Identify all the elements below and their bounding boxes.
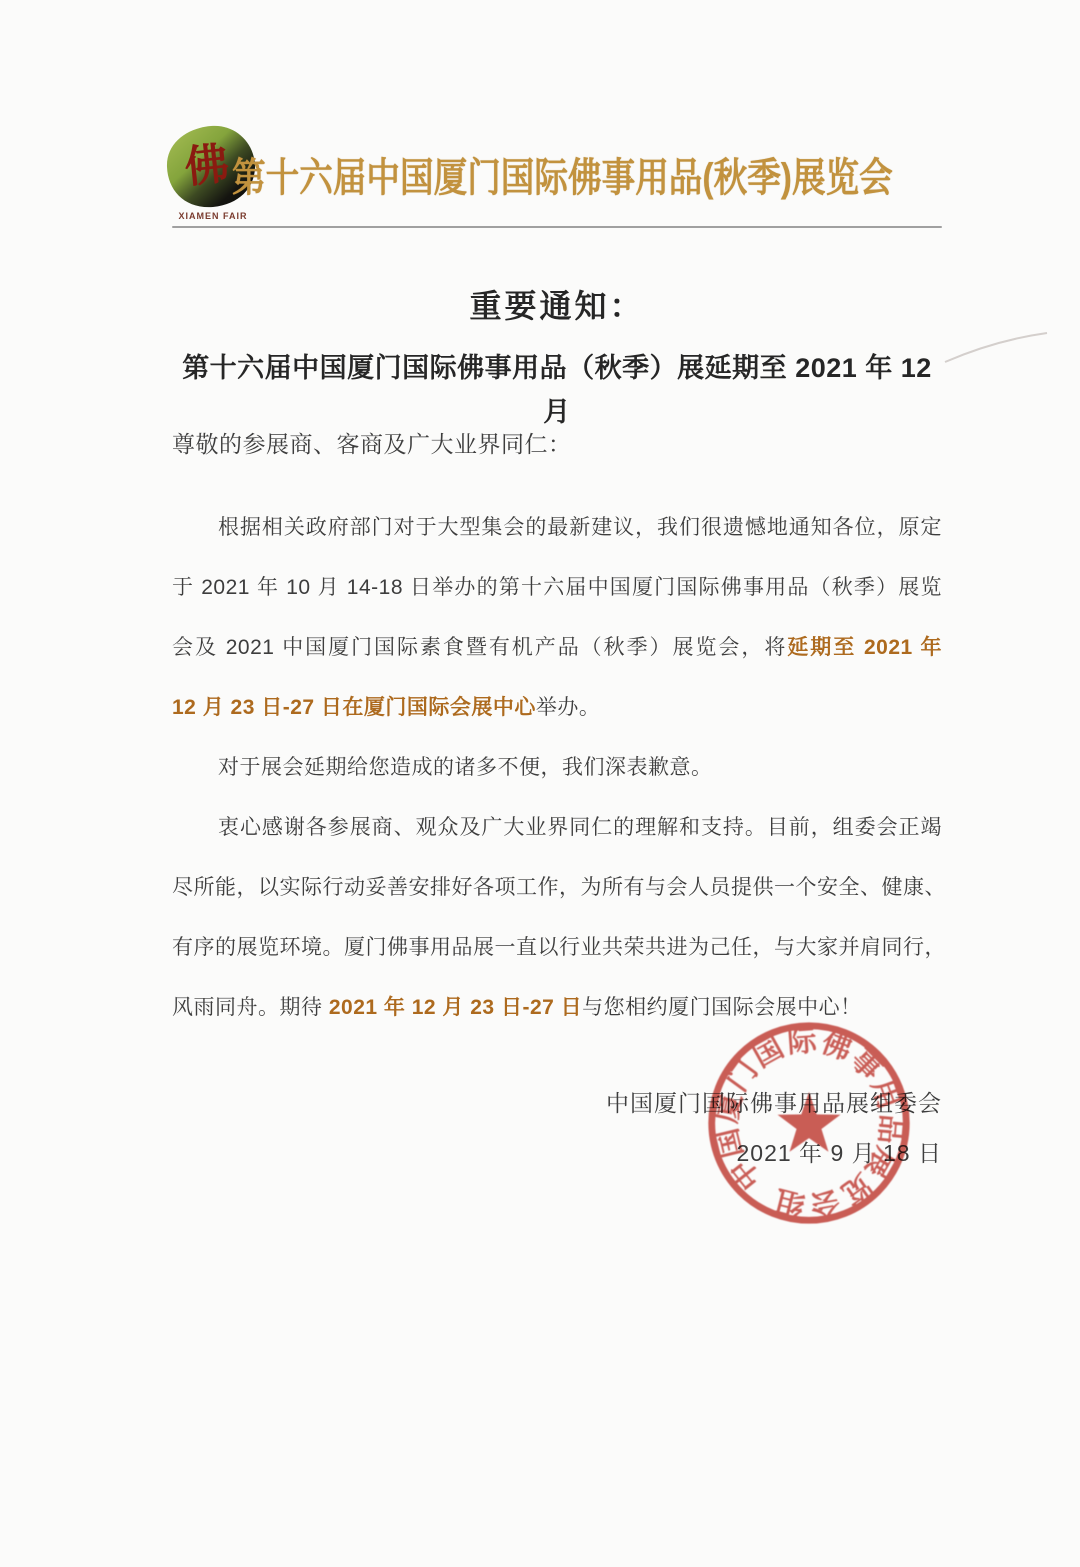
body-text: 举办。 <box>536 696 601 719</box>
header-divider <box>172 226 942 228</box>
body-text: 会及 2021 中国厦门国际素食暨有机产品（秋季）展览会，将 <box>172 636 787 659</box>
signature-block: 中国厦门国际佛事用品展组委会 2021 年 9 月 18 日 <box>172 1078 942 1178</box>
notice-line: 对于展会延期给您造成的诸多不便，我们深表歉意。 <box>172 738 942 798</box>
notice-line: 12 月 23 日-27 日在厦门国际会展中心举办。 <box>172 678 942 738</box>
signature-organization: 中国厦门国际佛事用品展组委会 <box>172 1078 942 1128</box>
notice-subheading: 第十六届中国厦门国际佛事用品（秋季）展延期至 2021 年 12 月 <box>172 346 942 434</box>
highlighted-text: 延期至 2021 年 <box>787 636 942 659</box>
notice-body: 根据相关政府部门对于大型集会的最新建议，我们很遗憾地通知各位，原定于 2021 … <box>172 498 942 1038</box>
body-text: 对于展会延期给您造成的诸多不便，我们深表歉意。 <box>218 756 713 779</box>
paragraph-apology: 对于展会延期给您造成的诸多不便，我们深表歉意。 <box>172 738 942 798</box>
notice-line: 于 2021 年 10 月 14-18 日举办的第十六届中国厦门国际佛事用品（秋… <box>172 558 942 618</box>
highlighted-text: 12 月 23 日-27 日在厦门国际会展中心 <box>172 696 536 719</box>
notice-line: 风雨同舟。期待 2021 年 12 月 23 日-27 日与您相约厦门国际会展中… <box>172 978 942 1038</box>
paragraph-thanks: 衷心感谢各参展商、观众及广大业界同仁的理解和支持。目前，组委会正竭尽所能，以实际… <box>172 798 942 1038</box>
highlighted-text: 2021 年 12 月 23 日-27 日 <box>329 996 582 1019</box>
salutation: 尊敬的参展商、客商及广大业界同仁： <box>172 424 942 464</box>
body-text: 风雨同舟。期待 <box>172 996 329 1019</box>
body-text: 于 2021 年 10 月 14-18 日举办的第十六届中国厦门国际佛事用品（秋… <box>172 576 942 599</box>
body-text: 与您相约厦门国际会展中心！ <box>582 996 862 1019</box>
notice-line: 衷心感谢各参展商、观众及广大业界同仁的理解和支持。目前，组委会正竭 <box>172 798 942 858</box>
body-text: 有序的展览环境。厦门佛事用品展一直以行业共荣共进为己任，与大家并肩同行， <box>172 936 946 959</box>
body-text: 尽所能，以实际行动妥善安排好各项工作，为所有与会人员提供一个安全、健康、 <box>172 876 946 899</box>
notice-line: 尽所能，以实际行动妥善安排好各项工作，为所有与会人员提供一个安全、健康、 <box>172 858 942 918</box>
scan-scratch-mark <box>935 318 1055 378</box>
signature-date: 2021 年 9 月 18 日 <box>172 1128 942 1178</box>
logo-buddha-glyph: 佛 <box>182 138 231 193</box>
notice-line: 有序的展览环境。厦门佛事用品展一直以行业共荣共进为己任，与大家并肩同行， <box>172 918 942 978</box>
notice-line: 会及 2021 中国厦门国际素食暨有机产品（秋季）展览会，将延期至 2021 年 <box>172 618 942 678</box>
scanned-notice-page: 佛 XIAMEN FAIR 第十六届中国厦门国际佛事用品(秋季)展览会 重要通知… <box>0 0 1080 1567</box>
paragraph-postpone: 根据相关政府部门对于大型集会的最新建议，我们很遗憾地通知各位，原定于 2021 … <box>172 498 942 738</box>
body-text: 根据相关政府部门对于大型集会的最新建议，我们很遗憾地通知各位，原定 <box>218 516 942 539</box>
body-text: 衷心感谢各参展商、观众及广大业界同仁的理解和支持。目前，组委会正竭 <box>218 816 942 839</box>
notice-heading: 重要通知： <box>172 284 942 328</box>
notice-line: 根据相关政府部门对于大型集会的最新建议，我们很遗憾地通知各位，原定 <box>172 498 942 558</box>
exhibition-title: 第十六届中国厦门国际佛事用品(秋季)展览会 <box>232 142 893 214</box>
